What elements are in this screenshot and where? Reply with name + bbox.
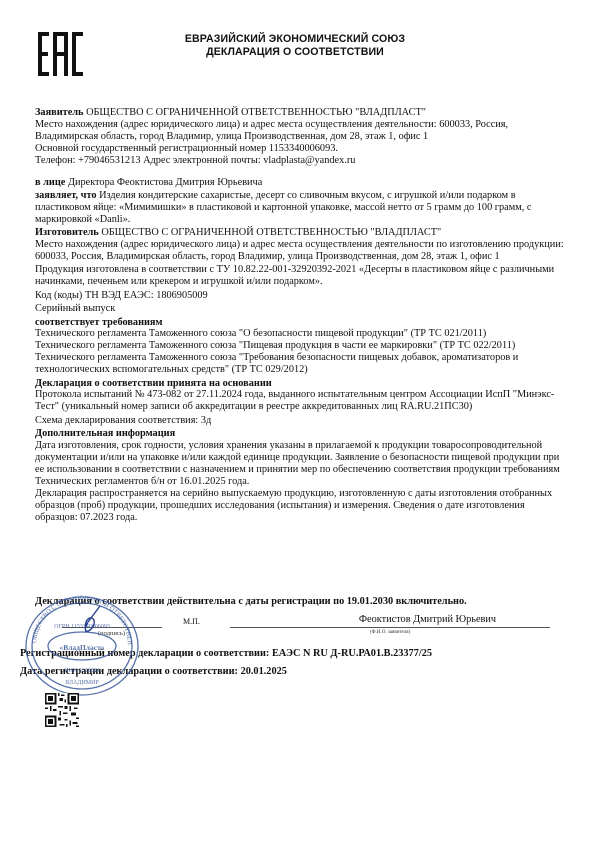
represented-by-line: в лице Директора Феоктистова Дмитрия Юрь… xyxy=(35,177,567,189)
document-body: Заявитель ОБЩЕСТВО С ОГРАНИЧЕННОЙ ОТВЕТС… xyxy=(35,107,567,523)
release-type: Серийный выпуск xyxy=(35,303,567,315)
requirement-item: Технического регламента Таможенного союз… xyxy=(35,352,567,376)
applicant-label: Заявитель xyxy=(35,107,84,118)
name-line xyxy=(230,627,550,628)
registration-date-value: 20.01.2025 xyxy=(241,666,287,677)
manufacturer-label: Изготовитель xyxy=(35,227,99,238)
applicant-address: Место нахождения (адрес юридического лиц… xyxy=(35,119,567,143)
stamp-city-text: ВЛАДИМИР xyxy=(65,680,99,686)
manufacturer-address: Место нахождения (адрес юридического лиц… xyxy=(35,239,567,263)
requirements-label: соответствует требованиям xyxy=(35,317,567,329)
represented-by-label: в лице xyxy=(35,177,65,188)
declaration-page: ЕВРАЗИЙСКИЙ ЭКОНОМИЧЕСКИЙ СОЮЗ ДЕКЛАРАЦИ… xyxy=(0,0,595,842)
stamp-center-text: «ВладПласт» xyxy=(59,643,104,652)
additional-label: Дополнительная информация xyxy=(35,428,567,440)
stamp-ring-top-text: ОБЩЕСТВО С ОГРАНИЧЕННОЙ ОТВЕТСТВЕННОСТЬЮ xyxy=(22,594,133,645)
applicant-contacts: Телефон: +79046531213 Адрес электронной … xyxy=(35,155,567,167)
basis-label: Декларация о соответствии принята на осн… xyxy=(35,378,567,390)
requirement-item: Технического регламента Таможенного союз… xyxy=(35,340,567,352)
additional-text-1: Дата изготовления, срок годности, услови… xyxy=(35,440,567,488)
manufacturer-name: ОБЩЕСТВО С ОГРАНИЧЕННОЙ ОТВЕТСТВЕННОСТЬЮ… xyxy=(101,227,441,238)
name-caption: (Ф.И.О. заявителя) xyxy=(370,630,410,635)
header-doc-title: ДЕКЛАРАЦИЯ О СООТВЕТСТВИИ xyxy=(130,46,460,59)
basis-scheme: Схема декларирования соответствия: 3д xyxy=(35,415,567,427)
applicant-ogrn: Основной государственный регистрационный… xyxy=(35,143,567,155)
basis-protocol: Протокола испытаний № 473-082 от 27.11.2… xyxy=(35,389,567,413)
requirement-item: Технического регламента Таможенного союз… xyxy=(35,328,567,340)
seal-place-label: М.П. xyxy=(183,617,200,626)
declares-line: заявляет, что Изделия кондитерские сахар… xyxy=(35,190,567,226)
declares-value: Изделия кондитерские сахаристые, десерт … xyxy=(35,190,532,225)
header-union-title: ЕВРАЗИЙСКИЙ ЭКОНОМИЧЕСКИЙ СОЮЗ xyxy=(130,33,460,46)
stamp-inn-text: ИНН 3329084 xyxy=(64,668,100,674)
qr-code-icon[interactable] xyxy=(45,693,79,727)
applicant-line: Заявитель ОБЩЕСТВО С ОГРАНИЧЕННОЙ ОТВЕТС… xyxy=(35,107,567,119)
registration-number-value: ЕАЭС N RU Д-RU.РА01.В.23377/25 xyxy=(272,648,432,659)
hs-code: Код (коды) ТН ВЭД ЕАЭС: 1806905009 xyxy=(35,290,567,302)
stamp-ogrn-text: ОГРН 1153340006093 xyxy=(54,624,110,630)
declares-label: заявляет, что xyxy=(35,190,97,201)
represented-by-value: Директора Феоктистова Дмитрия Юрьевича xyxy=(68,177,262,188)
document-header: ЕВРАЗИЙСКИЙ ЭКОНОМИЧЕСКИЙ СОЮЗ ДЕКЛАРАЦИ… xyxy=(130,33,460,59)
manufacturer-line: Изготовитель ОБЩЕСТВО С ОГРАНИЧЕННОЙ ОТВ… xyxy=(35,227,567,239)
company-stamp-icon: ОБЩЕСТВО С ОГРАНИЧЕННОЙ ОТВЕТСТВЕННОСТЬЮ… xyxy=(22,594,142,698)
eac-logo-icon xyxy=(36,30,84,78)
applicant-name: ОБЩЕСТВО С ОГРАНИЧЕННОЙ ОТВЕТСТВЕННОСТЬЮ… xyxy=(86,107,426,118)
signer-name: Феоктистов Дмитрий Юрьевич xyxy=(330,614,525,625)
manufacturer-standard: Продукция изготовлена в соответствии с Т… xyxy=(35,264,567,288)
additional-text-2: Декларация распространяется на серийно в… xyxy=(35,488,567,524)
